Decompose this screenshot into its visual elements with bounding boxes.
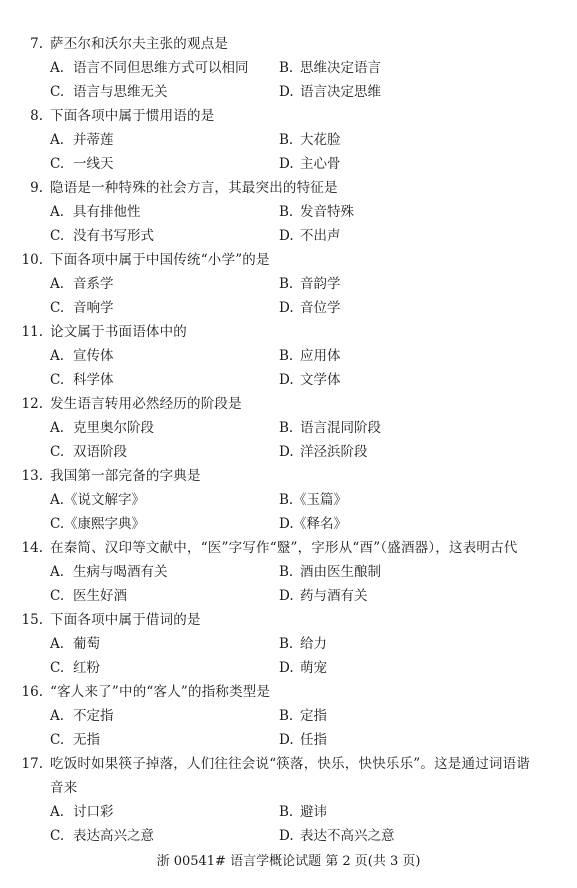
question-text: 吃饭时如果筷子掉落，人们往往会说“筷落，快乐，快快乐乐”。这是通过词语谐 [50,752,530,776]
option-text: 《说文解字》 [64,488,145,512]
option-letter: D. [279,224,294,248]
question-number: 13. [22,464,43,488]
options-row: C.《康熙字典》D.《释名》 [0,512,577,536]
option-text: 红粉 [73,656,100,680]
question-block: 10.下面各项中属于中国传统“小学”的是A.音系学B.音韵学C.音响学D.音位学 [0,248,577,320]
question-text-continued: 音来 [50,776,77,800]
option-text: 生病与喝酒有关 [73,560,168,584]
option-text: 不出声 [300,224,341,248]
option-letter: A. [50,488,64,512]
page-footer: 浙 00541# 语言学概论试题 第 2 页(共 3 页) [0,851,577,873]
option-text: 语言混同阶段 [300,416,381,440]
option-letter: C. [50,224,64,248]
option-text: 思维决定语言 [300,56,381,80]
option-text: 文学体 [300,368,341,392]
options-row: A.并蒂莲B.大花脸 [0,128,577,152]
option-letter: B. [279,56,293,80]
options-row: C.一线天D.主心骨 [0,152,577,176]
options-row: A.讨口彩B.避讳 [0,800,577,824]
question-number: 9. [30,176,43,200]
option-letter: C. [50,584,64,608]
option-text: 双语阶段 [73,440,127,464]
option-letter: C. [50,296,64,320]
question-block: 7.萨丕尔和沃尔夫主张的观点是A.语言不同但思维方式可以相同B.思维决定语言C.… [0,32,577,104]
options-row: C.科学体D.文学体 [0,368,577,392]
options-row: A.具有排他性B.发音特殊 [0,200,577,224]
option-text: 音系学 [73,272,114,296]
question-number: 8. [30,104,43,128]
option-letter: D. [279,80,294,104]
question-number: 17. [22,752,43,776]
question-stem: 12.发生语言转用必然经历的阶段是 [0,392,577,416]
option-letter: B. [279,272,293,296]
question-stem-continued: 音来 [0,776,577,800]
options-row: C.医生好酒D.药与酒有关 [0,584,577,608]
options-row: A.语言不同但思维方式可以相同B.思维决定语言 [0,56,577,80]
question-number: 11. [22,320,43,344]
question-stem: 13.我国第一部完备的字典是 [0,464,577,488]
option-letter: A. [50,560,64,584]
option-text: 不定指 [73,704,114,728]
option-letter: A. [50,632,64,656]
option-letter: B. [279,704,293,728]
option-text: 任指 [300,728,327,752]
option-text: 语言决定思维 [300,80,381,104]
option-letter: C. [50,152,64,176]
question-text: 萨丕尔和沃尔夫主张的观点是 [50,32,228,56]
option-text: 《玉篇》 [293,488,347,512]
option-letter: C. [50,80,64,104]
option-text: 给力 [300,632,327,656]
option-letter: B. [279,488,293,512]
question-text: 我国第一部完备的字典是 [50,464,201,488]
question-block: 14.在秦简、汉印等文献中，“医”字写作“毉”，字形从“酉”（盛酒器），这表明古… [0,536,577,608]
option-letter: A. [50,56,64,80]
option-letter: C. [50,368,64,392]
option-letter: C. [50,656,64,680]
option-text: 洋泾浜阶段 [300,440,368,464]
option-text: 克里奥尔阶段 [73,416,154,440]
options-row: A.克里奥尔阶段B.语言混同阶段 [0,416,577,440]
question-block: 13.我国第一部完备的字典是A.《说文解字》B.《玉篇》C.《康熙字典》D.《释… [0,464,577,536]
question-block: 12.发生语言转用必然经历的阶段是A.克里奥尔阶段B.语言混同阶段C.双语阶段D… [0,392,577,464]
question-stem: 14.在秦简、汉印等文献中，“医”字写作“毉”，字形从“酉”（盛酒器），这表明古… [0,536,577,560]
option-letter: D. [279,440,294,464]
option-text: 药与酒有关 [300,584,368,608]
option-letter: D. [279,656,294,680]
option-text: 萌宠 [300,656,327,680]
option-text: 发音特殊 [300,200,354,224]
option-letter: B. [279,128,293,152]
question-text: 论文属于书面语体中的 [50,320,187,344]
question-block: 15.下面各项中属于借词的是A.葡萄B.给力C.红粉D.萌宠 [0,608,577,680]
option-letter: D. [279,824,294,848]
option-text: 《释名》 [293,512,347,536]
option-letter: D. [279,584,294,608]
question-text: 隐语是一种特殊的社会方言，其最突出的特征是 [50,176,338,200]
option-letter: D. [279,296,294,320]
option-text: 应用体 [300,344,341,368]
option-letter: D. [279,152,294,176]
question-stem: 7.萨丕尔和沃尔夫主张的观点是 [0,32,577,56]
option-text: 《康熙字典》 [64,512,145,536]
option-letter: A. [50,416,64,440]
option-letter: C. [50,512,64,536]
option-text: 表达高兴之意 [73,824,154,848]
option-letter: A. [50,128,64,152]
option-letter: B. [279,200,293,224]
question-number: 16. [22,680,43,704]
question-stem: 17.吃饭时如果筷子掉落，人们往往会说“筷落，快乐，快快乐乐”。这是通过词语谐 [0,752,577,776]
question-stem: 8.下面各项中属于惯用语的是 [0,104,577,128]
question-block: 8.下面各项中属于惯用语的是A.并蒂莲B.大花脸C.一线天D.主心骨 [0,104,577,176]
option-text: 音韵学 [300,272,341,296]
options-row: C.音响学D.音位学 [0,296,577,320]
question-block: 16.“客人来了”中的“客人”的指称类型是A.不定指B.定指C.无指D.任指 [0,680,577,752]
option-letter: C. [50,440,64,464]
options-row: C.双语阶段D.洋泾浜阶段 [0,440,577,464]
option-letter: C. [50,824,64,848]
option-text: 讨口彩 [73,800,114,824]
option-text: 宣传体 [73,344,114,368]
question-text: “客人来了”中的“客人”的指称类型是 [50,680,270,704]
option-text: 音位学 [300,296,341,320]
question-block: 17.吃饭时如果筷子掉落，人们往往会说“筷落，快乐，快快乐乐”。这是通过词语谐音… [0,752,577,848]
question-block: 9.隐语是一种特殊的社会方言，其最突出的特征是A.具有排他性B.发音特殊C.没有… [0,176,577,248]
option-text: 具有排他性 [73,200,141,224]
option-letter: A. [50,344,64,368]
question-stem: 11.论文属于书面语体中的 [0,320,577,344]
question-number: 10. [22,248,43,272]
options-row: C.语言与思维无关D.语言决定思维 [0,80,577,104]
option-text: 音响学 [73,296,114,320]
option-text: 没有书写形式 [73,224,154,248]
option-letter: A. [50,272,64,296]
exam-page: 7.萨丕尔和沃尔夫主张的观点是A.语言不同但思维方式可以相同B.思维决定语言C.… [0,32,577,848]
option-letter: B. [279,344,293,368]
options-row: A.宣传体B.应用体 [0,344,577,368]
question-stem: 9.隐语是一种特殊的社会方言，其最突出的特征是 [0,176,577,200]
option-text: 定指 [300,704,327,728]
option-text: 葡萄 [73,632,100,656]
question-number: 7. [30,32,43,56]
option-text: 避讳 [300,800,327,824]
option-text: 语言不同但思维方式可以相同 [73,56,249,80]
option-letter: D. [279,368,294,392]
question-text: 下面各项中属于中国传统“小学”的是 [50,248,270,272]
option-text: 大花脸 [300,128,341,152]
question-number: 15. [22,608,43,632]
option-letter: A. [50,800,64,824]
option-text: 主心骨 [300,152,341,176]
option-letter: D. [279,512,294,536]
options-row: A.《说文解字》B.《玉篇》 [0,488,577,512]
option-letter: A. [50,200,64,224]
question-number: 12. [22,392,43,416]
question-number: 14. [22,536,43,560]
option-letter: C. [50,728,64,752]
option-letter: D. [279,728,294,752]
question-text: 在秦简、汉印等文献中，“医”字写作“毉”，字形从“酉”（盛酒器），这表明古代 [50,536,518,560]
option-text: 科学体 [73,368,114,392]
options-row: C.没有书写形式D.不出声 [0,224,577,248]
option-text: 医生好酒 [73,584,127,608]
option-letter: B. [279,560,293,584]
options-row: A.生病与喝酒有关B.酒由医生酿制 [0,560,577,584]
options-row: A.不定指B.定指 [0,704,577,728]
option-letter: B. [279,416,293,440]
option-letter: B. [279,632,293,656]
option-text: 语言与思维无关 [73,80,168,104]
question-text: 发生语言转用必然经历的阶段是 [50,392,242,416]
question-stem: 10.下面各项中属于中国传统“小学”的是 [0,248,577,272]
question-stem: 16.“客人来了”中的“客人”的指称类型是 [0,680,577,704]
option-text: 表达不高兴之意 [300,824,395,848]
options-row: C.红粉D.萌宠 [0,656,577,680]
question-stem: 15.下面各项中属于借词的是 [0,608,577,632]
options-row: C.无指D.任指 [0,728,577,752]
options-row: A.音系学B.音韵学 [0,272,577,296]
option-text: 酒由医生酿制 [300,560,381,584]
question-block: 11.论文属于书面语体中的A.宣传体B.应用体C.科学体D.文学体 [0,320,577,392]
option-text: 一线天 [73,152,114,176]
options-row: C.表达高兴之意D.表达不高兴之意 [0,824,577,848]
option-text: 并蒂莲 [73,128,114,152]
question-text: 下面各项中属于惯用语的是 [50,104,214,128]
option-letter: B. [279,800,293,824]
options-row: A.葡萄B.给力 [0,632,577,656]
question-text: 下面各项中属于借词的是 [50,608,201,632]
option-letter: A. [50,704,64,728]
option-text: 无指 [73,728,100,752]
